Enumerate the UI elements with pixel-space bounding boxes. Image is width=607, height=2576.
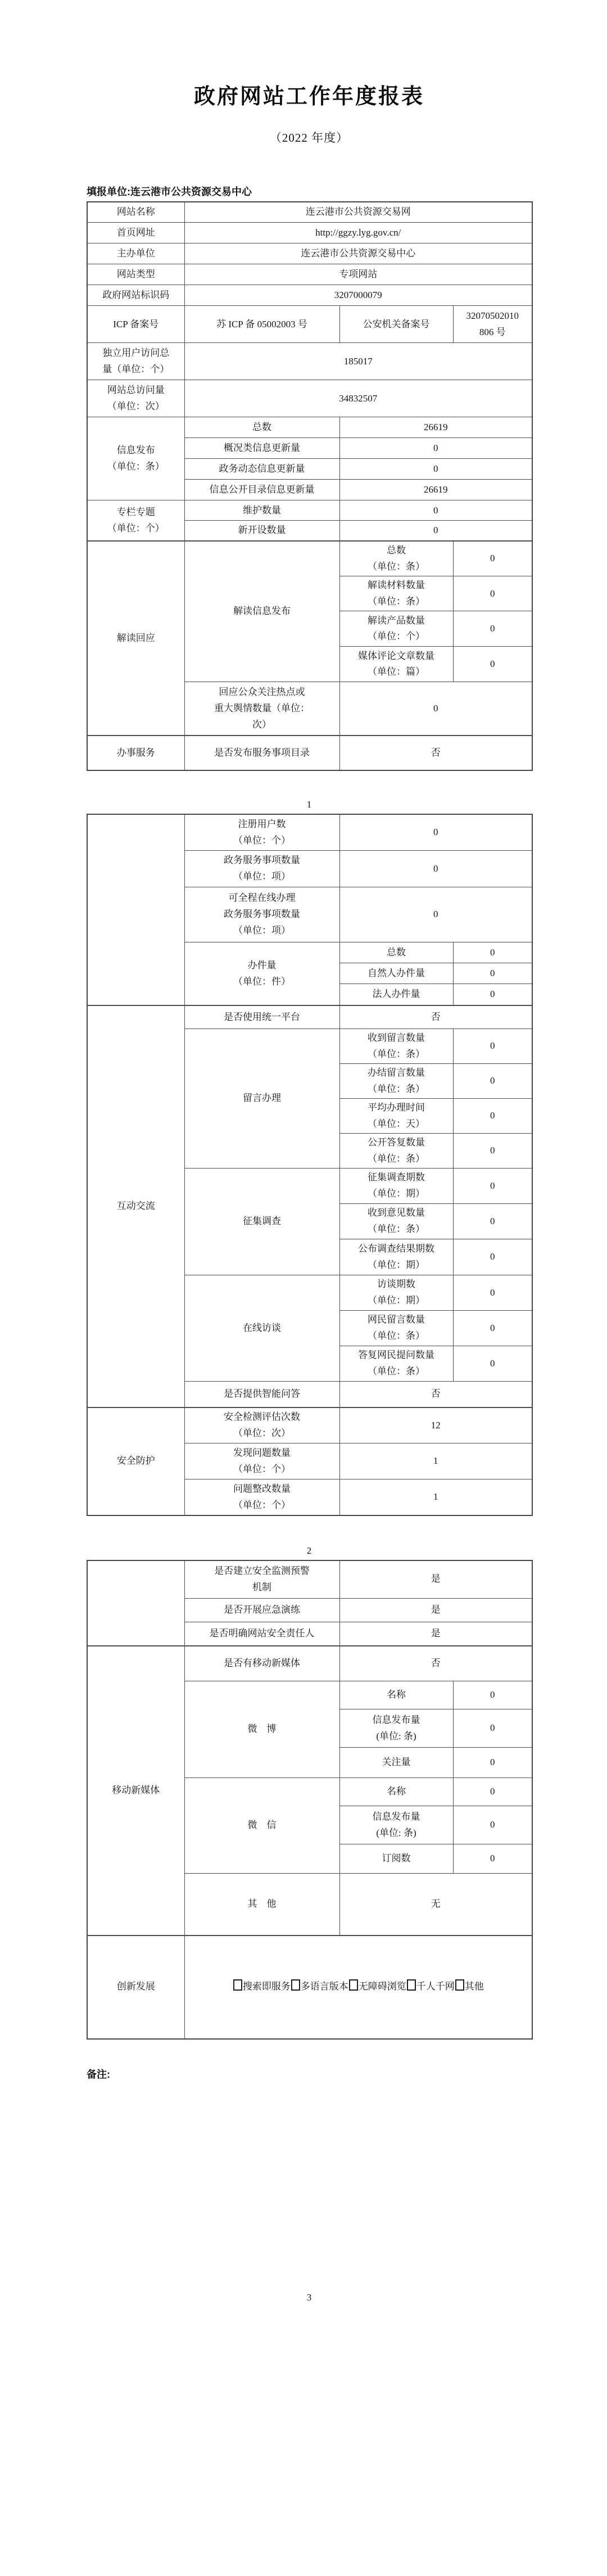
value-cell: 0 [453, 1681, 532, 1709]
value-cell: 34832507 [184, 380, 532, 417]
label-cell: 是否明确网站安全责任人 [184, 1622, 339, 1646]
label-cell: 公布调查结果期数 （单位：期） [339, 1239, 453, 1275]
section-label-cell: 创新发展 [87, 1936, 184, 2039]
section-label-cell: 解读回应 [87, 541, 184, 736]
label-cell: 回应公众关注热点或 重大舆情数量（单位： 次） [184, 682, 339, 736]
table-row: 安全防护安全检测评估次数 （单位：次）12 [87, 1407, 532, 1443]
value-cell: 收到留言数量 （单位：条） [339, 1029, 453, 1064]
table-row: 移动新媒体是否有移动新媒体否 [87, 1646, 532, 1681]
page-number-1: 1 [87, 798, 532, 811]
label-cell: 公开答复数量 （单位：条） [339, 1134, 453, 1169]
table-row: 互动交流是否使用统一平台否 [87, 1005, 532, 1029]
value-cell: 185017 [184, 343, 532, 380]
value-cell: 征集调查期数 （单位：期） [339, 1169, 453, 1204]
label-cell: 收到意见数量 （单位：条） [339, 1204, 453, 1239]
label-cell: 答复网民提问数量 （单位：条） [339, 1346, 453, 1382]
value-cell: 0 [339, 887, 532, 942]
value-cell: 无 [339, 1874, 532, 1936]
checkbox-icon [349, 1979, 358, 1991]
value-cell: 0 [453, 942, 532, 963]
value-cell: 0 [339, 682, 532, 736]
value-cell: 专项网站 [184, 264, 532, 285]
report-title: 政府网站工作年度报表 [87, 83, 532, 111]
label-cell: 政府网站标识码 [87, 285, 184, 306]
value-cell: 0 [453, 1709, 532, 1748]
value-cell: 0 [339, 814, 532, 851]
value-cell: 0 [339, 438, 532, 459]
table-row: 注册用户数 （单位：个）0 [87, 814, 532, 851]
label-cell: 微 信 [184, 1778, 339, 1874]
innovation-option-label: 其他 [465, 1981, 484, 1992]
report-year-subtitle: （2022 年度） [87, 130, 532, 146]
value-cell: 0 [453, 1029, 532, 1064]
value-cell: 苏 ICP 备 05002003 号 [184, 306, 339, 343]
label-cell: 留言办理 [184, 1029, 339, 1169]
report-table-page-3: 是否建立安全监测预警 机制是是否开展应急演练是是否明确网站安全责任人是移动新媒体… [87, 1560, 533, 2040]
label-cell: 政务服务事项数量 （单位：项） [184, 851, 339, 887]
notes-label: 备注: [87, 2068, 532, 2082]
value-cell: 0 [453, 1806, 532, 1844]
value-cell: 是 [339, 1560, 532, 1599]
label-cell: 平均办理时间 （单位：天） [339, 1099, 453, 1134]
label-cell: 网站名称 [87, 202, 184, 223]
value-cell: 0 [453, 1778, 532, 1806]
label-cell: 独立用户访问总 量（单位：个） [87, 343, 184, 380]
value-cell: 否 [339, 736, 532, 770]
innovation-options-cell: 搜索即服务多语言版本无障碍浏览千人千网其他 [184, 1936, 532, 2039]
label-cell: 订阅数 [339, 1844, 453, 1874]
label-cell: 主办单位 [87, 243, 184, 264]
label-cell: 信息发布量 (单位: 条) [339, 1709, 453, 1748]
table-row: 专栏专题 （单位：个）维护数量0 [87, 500, 532, 521]
page-number-3: 3 [87, 2291, 532, 2304]
value-cell: 名称 [339, 1681, 453, 1709]
value-cell: 否 [339, 1646, 532, 1681]
label-cell: 概况类信息更新量 [184, 438, 339, 459]
label-cell: 在线访谈 [184, 1275, 339, 1382]
section-label-cell: 移动新媒体 [87, 1646, 184, 1936]
value-cell: 是 [339, 1599, 532, 1622]
label-cell: 解读产品数量 （单位：个） [339, 611, 453, 647]
value-cell: 总数 [339, 942, 453, 963]
table-row: 是否建立安全监测预警 机制是 [87, 1560, 532, 1599]
label-cell: 是否提供智能问答 [184, 1382, 339, 1407]
value-cell: 注册用户数 （单位：个） [184, 814, 339, 851]
label-cell: 问题整改数量 （单位：个） [184, 1479, 339, 1515]
table-row: 网站总访问量 （单位：次）34832507 [87, 380, 532, 417]
value-cell: 0 [339, 851, 532, 887]
table-row: 创新发展搜索即服务多语言版本无障碍浏览千人千网其他 [87, 1936, 532, 2039]
value-cell: 0 [453, 611, 532, 647]
table-row: 政府网站标识码3207000079 [87, 285, 532, 306]
value-cell: 0 [453, 576, 532, 611]
value-cell: 0 [453, 1169, 532, 1204]
label-cell: 媒体评论文章数量 （单位：篇） [339, 647, 453, 682]
value-cell: 连云港市公共资源交易网 [184, 202, 532, 223]
value-cell: 否 [339, 1005, 532, 1029]
value-cell: 3207000079 [184, 285, 532, 306]
value-cell: 0 [453, 1311, 532, 1346]
value-cell: 0 [339, 521, 532, 541]
label-cell: 新开设数量 [184, 521, 339, 541]
label-cell: 微 博 [184, 1681, 339, 1778]
report-table-3-body: 是否建立安全监测预警 机制是是否开展应急演练是是否明确网站安全责任人是移动新媒体… [87, 1560, 532, 2039]
innovation-option-label: 搜索即服务 [243, 1981, 291, 1992]
value-cell: 0 [453, 1748, 532, 1778]
value-cell: 1 [339, 1443, 532, 1479]
label-cell: 政务动态信息更新量 [184, 459, 339, 480]
value-cell: 26619 [339, 480, 532, 500]
value-cell: 0 [453, 1346, 532, 1382]
section-label-cell [87, 1560, 184, 1646]
label-cell: 信息公开目录信息更新量 [184, 480, 339, 500]
value-cell: 总数 （单位：条） [339, 541, 453, 576]
value-cell: 名称 [339, 1778, 453, 1806]
label-cell: 办件量 （单位：件） [184, 942, 339, 1005]
value-cell: 0 [453, 1844, 532, 1874]
checkbox-icon [233, 1979, 242, 1991]
label-cell: 信息发布量 (单位: 条) [339, 1806, 453, 1844]
value-cell: 访谈期数 （单位：期） [339, 1275, 453, 1311]
value-cell: 安全检测评估次数 （单位：次） [184, 1407, 339, 1443]
label-cell: ICP 备案号 [87, 306, 184, 343]
value-cell: 是否有移动新媒体 [184, 1646, 339, 1681]
report-document: 政府网站工作年度报表 （2022 年度） 填报单位:连云港市公共资源交易中心 网… [0, 0, 607, 2345]
value-cell: 否 [339, 1382, 532, 1407]
table-row: 网站名称连云港市公共资源交易网 [87, 202, 532, 223]
value-cell: 0 [453, 1239, 532, 1275]
filler-unit-line: 填报单位:连云港市公共资源交易中心 [87, 185, 532, 199]
value-cell: 解读信息发布 [184, 541, 339, 682]
label-cell: 其 他 [184, 1874, 339, 1936]
value-cell: 是否发布服务事项目录 [184, 736, 339, 770]
section-label-cell: 安全防护 [87, 1407, 184, 1515]
table-row: 首页网址http://ggzy.lyg.gov.cn/ [87, 223, 532, 243]
label-cell: 征集调查 [184, 1169, 339, 1275]
table-row: 主办单位连云港市公共资源交易中心 [87, 243, 532, 264]
value-cell: 是否使用统一平台 [184, 1005, 339, 1029]
value-cell: 0 [339, 459, 532, 480]
table-row: ICP 备案号苏 ICP 备 05002003 号公安机关备案号32070502… [87, 306, 532, 343]
label-cell: 网民留言数量 （单位：条） [339, 1311, 453, 1346]
label-cell: 网站类型 [87, 264, 184, 285]
value-cell: 维护数量 [184, 500, 339, 521]
innovation-option-label: 千人千网 [416, 1981, 455, 1992]
section-label-cell [87, 814, 184, 1005]
section-label-cell: 专栏专题 （单位：个） [87, 500, 184, 541]
value-cell: 0 [453, 1064, 532, 1099]
label-cell: 办结留言数量 （单位：条） [339, 1064, 453, 1099]
label-cell: 解读材料数量 （单位：条） [339, 576, 453, 611]
value-cell: 0 [453, 1275, 532, 1311]
innovation-option-label: 无障碍浏览 [359, 1981, 406, 1992]
value-cell: 26619 [339, 417, 532, 438]
section-label-cell: 信息发布 （单位：条） [87, 417, 184, 500]
checkbox-icon [455, 1979, 464, 1991]
label-cell: 自然人办件量 [339, 963, 453, 984]
label-cell: 网站总访问量 （单位：次） [87, 380, 184, 417]
innovation-option-label: 多语言版本 [301, 1981, 348, 1992]
value-cell: 32070502010 806 号 [453, 306, 532, 343]
report-table-page-1: 网站名称连云港市公共资源交易网首页网址http://ggzy.lyg.gov.c… [87, 201, 533, 771]
label-cell: 发现问题数量 （单位：个） [184, 1443, 339, 1479]
value-cell: 1 [339, 1479, 532, 1515]
label-cell: 是否开展应急演练 [184, 1599, 339, 1622]
value-cell: 0 [453, 1099, 532, 1134]
value-cell: 是 [339, 1622, 532, 1646]
label-cell: 可全程在线办理 政务服务事项数量 （单位：项） [184, 887, 339, 942]
value-cell: 0 [453, 647, 532, 682]
value-cell: 0 [453, 1134, 532, 1169]
label-cell: 首页网址 [87, 223, 184, 243]
page-number-2: 2 [87, 1544, 532, 1558]
label-cell: 法人办件量 [339, 984, 453, 1005]
value-cell: http://ggzy.lyg.gov.cn/ [184, 223, 532, 243]
value-cell: 0 [453, 541, 532, 576]
checkbox-icon [291, 1979, 300, 1991]
value-cell: 总数 [184, 417, 339, 438]
value-cell: 0 [339, 500, 532, 521]
checkbox-icon [407, 1979, 416, 1991]
value-cell: 公安机关备案号 [339, 306, 453, 343]
document-content: 政府网站工作年度报表 （2022 年度） 填报单位:连云港市公共资源交易中心 网… [87, 83, 532, 2304]
value-cell: 0 [453, 984, 532, 1005]
value-cell: 12 [339, 1407, 532, 1443]
report-table-2-body: 注册用户数 （单位：个）0政务服务事项数量 （单位：项）0可全程在线办理 政务服… [87, 814, 532, 1515]
section-label-cell: 办事服务 [87, 736, 184, 770]
table-row: 网站类型专项网站 [87, 264, 532, 285]
table-row: 独立用户访问总 量（单位：个）185017 [87, 343, 532, 380]
value-cell: 是否建立安全监测预警 机制 [184, 1560, 339, 1599]
label-cell: 关注量 [339, 1748, 453, 1778]
section-label-cell: 互动交流 [87, 1005, 184, 1407]
table-row: 解读回应解读信息发布总数 （单位：条）0 [87, 541, 532, 576]
table-row: 办事服务是否发布服务事项目录否 [87, 736, 532, 770]
table-row: 信息发布 （单位：条）总数26619 [87, 417, 532, 438]
value-cell: 0 [453, 963, 532, 984]
report-table-page-2: 注册用户数 （单位：个）0政务服务事项数量 （单位：项）0可全程在线办理 政务服… [87, 814, 533, 1516]
value-cell: 连云港市公共资源交易中心 [184, 243, 532, 264]
value-cell: 0 [453, 1204, 532, 1239]
report-table-1-body: 网站名称连云港市公共资源交易网首页网址http://ggzy.lyg.gov.c… [87, 202, 532, 770]
